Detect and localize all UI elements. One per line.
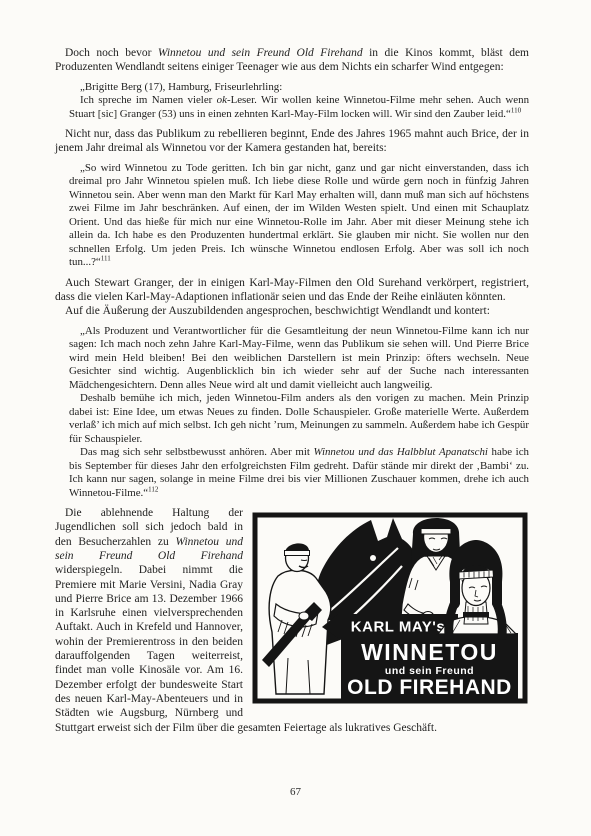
book-page: Doch noch bevor Winnetou und sein Freund…	[0, 0, 591, 836]
wendlandt-quote: „Als Produzent und Verantwortlicher für …	[69, 325, 529, 501]
quote-text: „So wird Winnetou zu Tode geritten. Ich …	[69, 162, 529, 270]
poster-title-box: WINNETOU und sein Freund OLD FIREHAND	[341, 633, 518, 699]
premiere-section: KARL MAY's WINNETOU und sein Freund OLD …	[55, 506, 529, 735]
granger-paragraph: Auch Stewart Granger, der in einigen Kar…	[55, 276, 529, 305]
quote-text: Ich spreche im Namen vieler ok-Leser. Wi…	[69, 94, 529, 121]
poster-title2-text: OLD FIREHAND	[347, 676, 512, 699]
quote-text: Das mag sich sehr selbstbewusst anhören.…	[69, 446, 529, 500]
poster-title-text: WINNETOU	[361, 639, 498, 665]
poster-kicker-text: KARL MAY's	[351, 619, 445, 636]
brice-quote: „So wird Winnetou zu Tode geritten. Ich …	[69, 162, 529, 270]
page-number: 67	[0, 786, 591, 798]
wendlandt-intro-paragraph: Auf die Äußerung der Auszubildenden ange…	[55, 304, 529, 318]
quote-text: Deshalb bemühe ich mich, jeden Winnetou-…	[69, 392, 529, 446]
intro-paragraph: Doch noch bevor Winnetou und sein Freund…	[55, 46, 529, 75]
quote-text: „Als Produzent und Verantwortlicher für …	[69, 325, 529, 393]
quote-attribution: „Brigitte Berg (17), Hamburg, Friseurleh…	[69, 81, 529, 95]
teen-protest-quote: „Brigitte Berg (17), Hamburg, Friseurleh…	[69, 81, 529, 122]
movie-poster: KARL MAY's WINNETOU und sein Freund OLD …	[252, 508, 529, 706]
brice-warning-paragraph: Nicht nur, dass das Publikum zu rebellie…	[55, 127, 529, 156]
